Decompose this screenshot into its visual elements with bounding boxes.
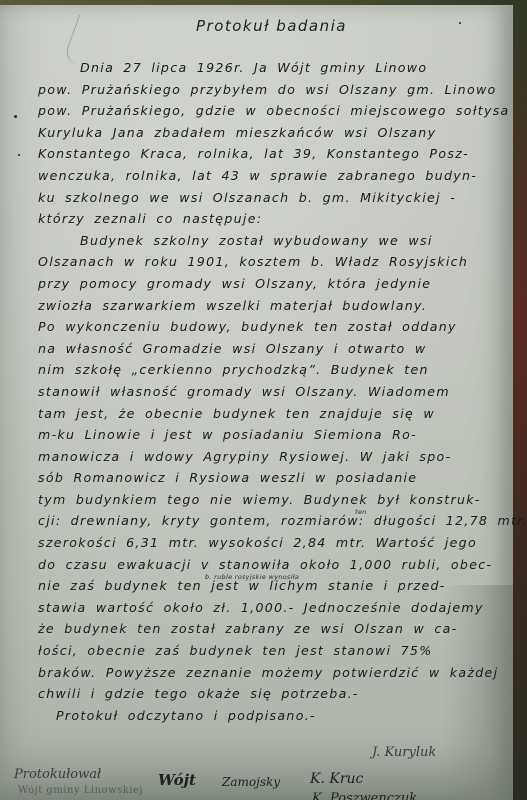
text-line: przy pomocy gromady wsi Olszany, która j… [38, 273, 508, 295]
document-body: Dnia 27 lipca 1926r. Ja Wójt gminy Linow… [38, 57, 508, 726]
signature-area: J. Kuryluk Protokułował Wójt gminy Linow… [0, 745, 513, 800]
text-line: manowicza i wdowy Agrypiny Rysiowej. W j… [38, 446, 508, 468]
signature-poszwenczuk: K. Poszwenczuk [312, 791, 417, 800]
text-line: zwiozła szarwarkiem wszelki materjał bud… [38, 295, 508, 317]
text-line: pow. Prużańskiego przybyłem do wsi Olsza… [38, 79, 508, 101]
photo-backdrop-right [511, 0, 527, 800]
text-line: szerokości 6,31 mtr. wysokości 2,84 mtr.… [38, 532, 508, 554]
text-line: Dnia 27 lipca 1926r. Ja Wójt gminy Linow… [38, 57, 508, 79]
text-line: że budynek ten został zabrany ze wsi Ols… [38, 618, 508, 640]
text-line: którzy zeznali co następuje: [38, 208, 508, 230]
text-line: wenczuka, rolnika, lat 43 w sprawie zabr… [38, 165, 508, 187]
text-line: tam jest, że obecnie budynek ten znajduj… [38, 403, 508, 425]
text-line: ku szkolnego we wsi Olszanach b. gm. Mik… [38, 187, 508, 209]
text-line: Po wykonczeniu budowy, budynek ten zosta… [38, 316, 508, 338]
signature-kruc: K. Kruc [310, 771, 363, 787]
text-line: Kuryluka Jana zbadałem mieszkańców wsi O… [38, 122, 508, 144]
interlinear-note: ten [355, 508, 367, 516]
text-line: braków. Powyższe zeznanie możemy potwier… [38, 662, 508, 684]
text-line: Olszanach w roku 1901, kosztem b. Władz … [38, 251, 508, 273]
signature-zamojsky: Zamojsky [222, 775, 280, 789]
text-line: Konstantego Kraca, rolnika, lat 39, Kons… [38, 143, 508, 165]
text-line: m-ku Linowie i jest w posiadaniu Siemion… [38, 424, 508, 446]
interlinear-note: b. ruble rosyjskie wynosiła [205, 573, 299, 581]
text-line: na własność Gromadzie wsi Olszany i otwa… [38, 338, 508, 360]
signature-label-protokulowal: Protokułował [14, 767, 101, 782]
ink-speck [18, 154, 20, 156]
ink-speck [14, 115, 17, 118]
text-line: stanowił własność gromady wsi Olszany. W… [38, 381, 508, 403]
document-page: Protokuł badania Dnia 27 lipca 1926r. Ja… [0, 5, 513, 800]
text-line: nim szkołę „cerkienno prychodzką”. Budyn… [38, 359, 508, 381]
text-line: sób Romanowicz i Rysiowa weszli w posiad… [38, 467, 508, 489]
text-line: stawia wartość około zł. 1,000.- Jednocz… [38, 597, 508, 619]
text-line: chwili i gdzie tego okaże się potrzeba.- [38, 683, 508, 705]
text-line: cji: drewniany, kryty gontem, rozmiarów:… [38, 510, 508, 532]
document-title: Protokuł badania [0, 17, 513, 35]
text-line: łości, obecnie zaś budynek ten jest stan… [38, 640, 508, 662]
text-line: tym budynkiem tego nie wiemy. Budynek by… [38, 489, 508, 511]
text-line: Protokuł odczytano i podpisano.- [38, 705, 508, 727]
text-line: Budynek szkolny został wybudowany we wsi [38, 230, 508, 252]
text-line: do czasu ewakuacji v stanowiła około 1,0… [38, 554, 508, 576]
signature-wojt: Wójt [158, 771, 196, 789]
text-line: pow. Prużańskiego, gdzie w obecności mie… [38, 100, 508, 122]
signature-kuryluk: J. Kuryluk [372, 745, 436, 760]
official-stamp: Wójt gminy Linowskiej [18, 785, 143, 796]
